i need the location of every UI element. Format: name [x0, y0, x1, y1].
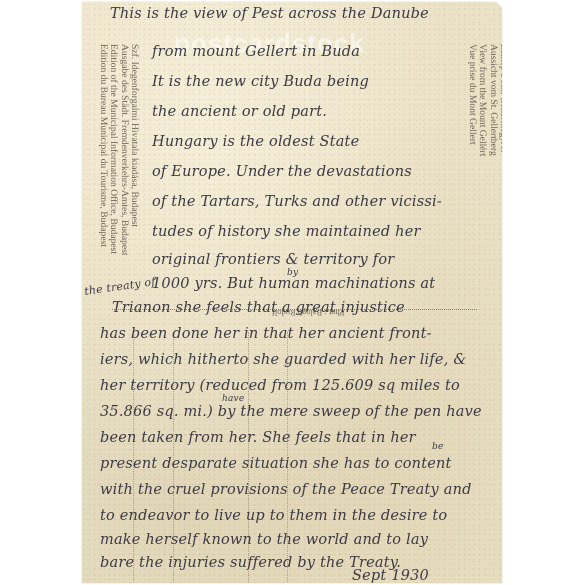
handwritten-line: make herself known to the world and to l… — [100, 532, 428, 548]
handwritten-line: tudes of history she maintained her — [152, 224, 421, 240]
handwritten-line: from mount Gellert in Buda — [152, 44, 360, 60]
handwritten-line: Hungary is the oldest State — [152, 134, 359, 150]
handwritten-line: This is the view of Pest across the Danu… — [110, 6, 429, 22]
imprint-line: Edition du Bureau Municipal du Tourisme,… — [97, 44, 107, 256]
handwritten-line: with the cruel provisions of the Peace T… — [100, 482, 472, 498]
handwritten-line: of Europe. Under the devastations — [152, 164, 412, 180]
caption-line: Aussicht vom St. Gellertberg — [487, 44, 497, 156]
caption-line: Vue prise du Mont Gellert — [466, 44, 476, 156]
handwritten-line: It is the new city Buda being — [152, 74, 369, 90]
margin-note: the treaty of — [83, 275, 156, 298]
caption-line: View from the Mount Gellért — [477, 44, 487, 156]
insertion-have: have — [222, 394, 244, 404]
handwritten-line: Trianon she feels that a great injustice — [112, 300, 405, 316]
handwritten-line: 35.866 sq. mi.) by the mere sweep of the… — [100, 404, 482, 420]
handwritten-line: of the Tartars, Turks and other vicissi- — [152, 194, 442, 210]
date-signature: Sept 1930 — [352, 568, 429, 583]
handwritten-line: original frontiers & territory for — [152, 252, 394, 268]
handwritten-line: the ancient or old part. — [152, 104, 327, 120]
handwritten-line: her territory (reduced from 125.609 sq m… — [100, 378, 460, 394]
imprint-line: Ausgabe des Städt. Fremdenverkehrs-Amtes… — [118, 44, 128, 256]
handwritten-line: to endeavor to live up to them in the de… — [100, 508, 447, 524]
handwritten-line: present desparate situation she has to c… — [100, 456, 452, 472]
view-caption: Látkép a Szt. Gellérthegyről Aussicht vo… — [466, 44, 502, 156]
insertion-be: be — [432, 442, 444, 452]
handwritten-line: been taken from her. She feels that in h… — [100, 430, 416, 446]
handwritten-line: has been done her in that her ancient fr… — [100, 326, 432, 342]
handwritten-line: 1000 yrs. But human machinations at — [152, 276, 435, 292]
handwritten-line: iers, which hitherto she guarded with he… — [100, 352, 466, 368]
postcard-back: postcardstock Szf. Idegenforgalmi Hivata… — [82, 2, 502, 583]
imprint-line: Edition of the Municipal Information Off… — [108, 44, 118, 256]
publisher-imprint: Szf. Idegenforgalmi Hivatala kiadása, Bu… — [97, 44, 139, 256]
imprint-line: Szf. Idegenforgalmi Hivatala kiadása, Bu… — [129, 44, 139, 256]
